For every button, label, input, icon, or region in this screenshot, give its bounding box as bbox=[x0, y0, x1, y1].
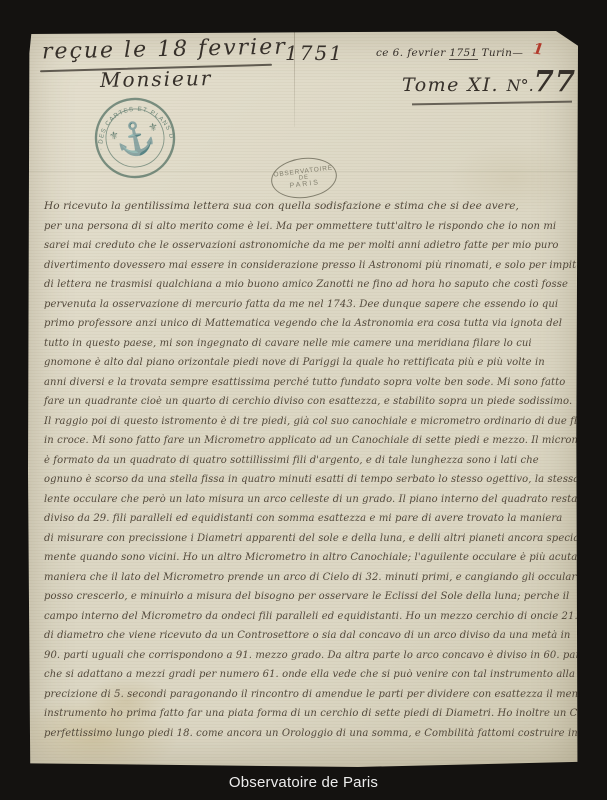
salutation: Monsieur bbox=[100, 66, 213, 92]
manuscript-line: primo professore anzi unico di Mattemati… bbox=[44, 314, 568, 334]
manuscript-line: pervenuta la osservazione di mercurio fa… bbox=[44, 295, 568, 315]
photo-caption: Observatoire de Paris bbox=[0, 774, 607, 791]
dateline-prefix: ce 6. fevrier bbox=[376, 47, 449, 59]
received-annotation: reçue le 18 fevrier bbox=[42, 34, 287, 64]
manuscript-line: lente occulare che però un lato misura u… bbox=[44, 490, 568, 510]
manuscript-line: Ho ricevuto la gentilissima lettera sua … bbox=[44, 197, 568, 217]
manuscript-line: Il raggio poi di questo istromento è di … bbox=[44, 412, 568, 432]
manuscript-line: tutto in questo paese, mi son ingegnato … bbox=[44, 334, 568, 354]
manuscript-line: 90. parti uguali che corrispondono a 91.… bbox=[44, 646, 568, 666]
manuscript-line: precizione di 5. secondi paragonando il … bbox=[44, 685, 568, 705]
manuscript-line: gnomone è alto dal piano orizontale pied… bbox=[44, 353, 568, 373]
manuscript-line: di diametro che viene ricevuto da un Con… bbox=[44, 626, 568, 646]
paper-corner-fold bbox=[546, 31, 578, 55]
manuscript-line: sarei mai creduto che le osservazioni as… bbox=[44, 236, 568, 256]
manuscript-line: di lettera ne trasmisi qualchiana a mio … bbox=[44, 275, 568, 295]
manuscript-line: in croce. Mi sono fatto fare un Micromet… bbox=[44, 431, 568, 451]
red-folio-number: 1 bbox=[532, 39, 545, 58]
manuscript-line: diviso da 29. fili paralleli ed equidist… bbox=[44, 509, 568, 529]
observatoire-oval-stamp: OBSERVATOIRE DE PARIS bbox=[269, 154, 339, 202]
dateline-year: 1751 bbox=[449, 47, 477, 60]
manuscript-line: campo interno del Micrometro da ondeci f… bbox=[44, 607, 568, 627]
fleur-de-lis-icon: ⚜ bbox=[147, 120, 159, 135]
manuscript-line: perfettissimo lungo piedi 18. come ancor… bbox=[44, 724, 568, 744]
dateline-place: Turin bbox=[478, 47, 513, 59]
archive-no: N°. bbox=[507, 76, 534, 95]
manuscript-line: maniera che il lato del Micrometro prend… bbox=[44, 568, 568, 588]
received-year: 1751 bbox=[285, 41, 344, 65]
manuscript-line: anni diversi e la trovata sempre esattis… bbox=[44, 373, 568, 393]
letter-body: Ho ricevuto la gentilissima lettera sua … bbox=[44, 197, 568, 743]
archive-reference: Tome XI. N°.77.a. bbox=[402, 64, 578, 98]
dateline: ce 6. fevrier 1751 Turin— bbox=[376, 47, 523, 59]
dateline-dash: — bbox=[512, 47, 523, 59]
manuscript-line: che si adattano a mezzi gradi per numero… bbox=[44, 665, 568, 685]
manuscript-line: è formato da un quadrato di quatro sotti… bbox=[44, 451, 568, 471]
archive-tome: Tome XI. bbox=[402, 74, 507, 96]
manuscript-line: ognuno è scorso da una stella fissa in q… bbox=[44, 470, 568, 490]
manuscript-line: di misurare con precissione i Diametri a… bbox=[44, 529, 568, 549]
manuscript-line: posso crescerlo, e minuirlo a misura del… bbox=[44, 587, 568, 607]
archive-underline-stroke bbox=[412, 101, 572, 105]
manuscript-line: divertimento dovessero mai essere in con… bbox=[44, 256, 568, 276]
manuscript-line: fare un quadrante cioè un quarto di cerc… bbox=[44, 392, 568, 412]
manuscript-page: reçue le 18 fevrier 1751 Monsieur ce 6. … bbox=[28, 31, 578, 767]
archive-number: 77. bbox=[534, 64, 578, 98]
marine-anchor-stamp: · DES CARTES ET PLANS DE LA MARINE · ⚓ ⚜… bbox=[84, 87, 186, 189]
manuscript-line: instrumento ho prima fatto far una piata… bbox=[44, 704, 568, 724]
oval-stamp-line3: PARIS bbox=[289, 179, 320, 190]
manuscript-line: mente quando sono vicini. Ho un altro Mi… bbox=[44, 548, 568, 568]
photo-background: reçue le 18 fevrier 1751 Monsieur ce 6. … bbox=[0, 0, 607, 800]
manuscript-line: per una persona di si alto merito come è… bbox=[44, 217, 568, 237]
